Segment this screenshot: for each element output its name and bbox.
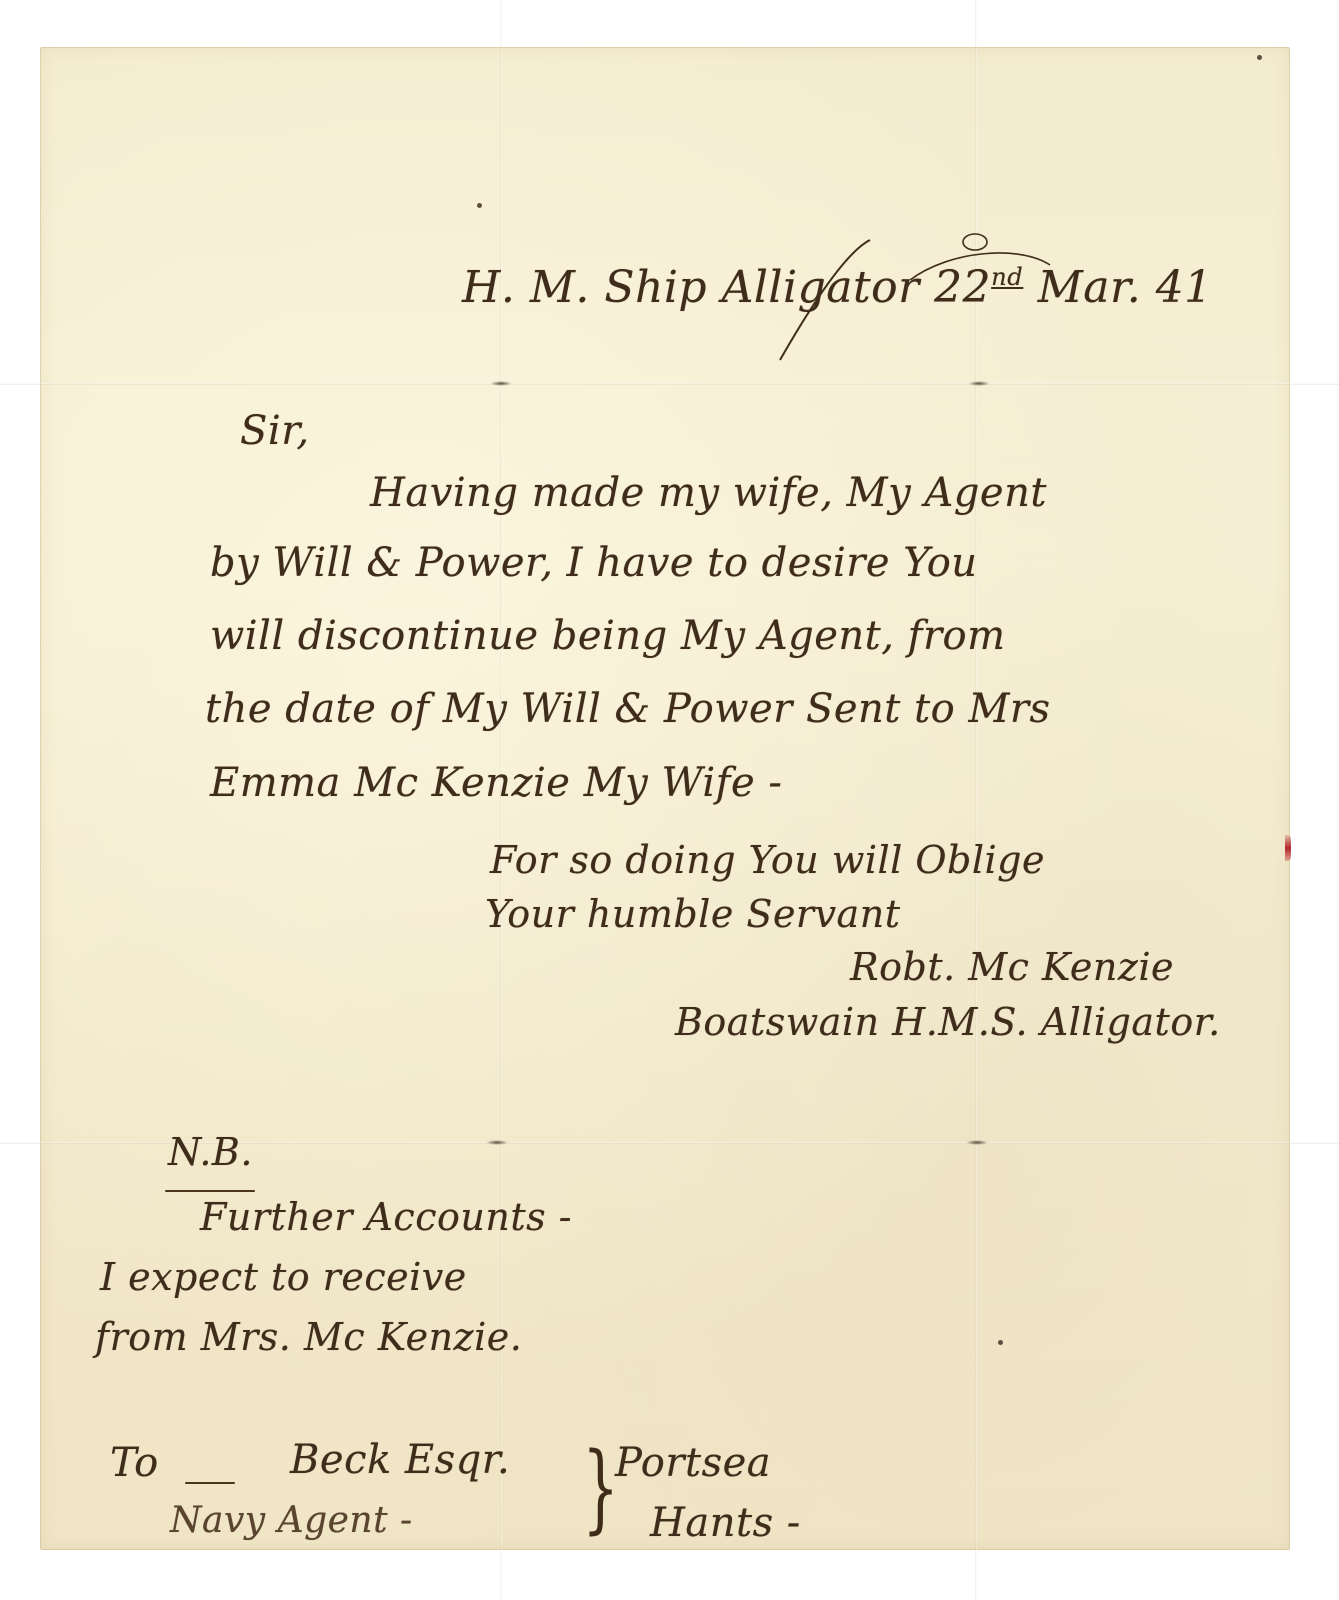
address-place-2: Hants -: [650, 1500, 801, 1546]
signature-title: Boatswain H.M.S. Alligator.: [675, 1000, 1221, 1044]
salutation: Sir,: [240, 408, 310, 454]
heading-day-suffix: nd: [991, 263, 1023, 291]
address-to: To: [110, 1440, 159, 1486]
postscript-label: N.B.: [168, 1130, 253, 1174]
address-recipient: Beck Esqr.: [290, 1437, 510, 1483]
address-brace: }: [582, 1440, 619, 1536]
body-line-5: Emma Mc Kenzie My Wife -: [210, 760, 782, 806]
body-line-4: the date of My Will & Power Sent to Mrs: [205, 686, 1051, 732]
heading-place: H. M. Ship Alligator: [462, 262, 920, 313]
wax-seal-trace: [1285, 835, 1291, 861]
crease-pinhole: [966, 1140, 988, 1145]
postscript-underline: [165, 1190, 255, 1192]
ink-speck: [998, 1340, 1003, 1345]
postscript-line-3: from Mrs. Mc Kenzie.: [95, 1315, 522, 1359]
address-place-1: Portsea: [615, 1440, 771, 1486]
crease-pinhole: [968, 381, 990, 386]
postscript-line-2: I expect to receive: [100, 1255, 467, 1299]
address-role: Navy Agent -: [170, 1500, 413, 1541]
address-dash: [185, 1482, 235, 1484]
heading-month-year: Mar. 41: [1038, 262, 1213, 313]
closing-line-1: For so doing You will Oblige: [490, 838, 1045, 882]
postscript-line-1: Further Accounts -: [200, 1195, 572, 1239]
crease-pinhole: [490, 381, 512, 386]
body-line-2: by Will & Power, I have to desire You: [210, 540, 978, 586]
body-line-1: Having made my wife, My Agent: [370, 470, 1047, 516]
letter-heading: H. M. Ship Alligator 22nd Mar. 41: [462, 262, 1213, 313]
heading-day: 22: [934, 262, 991, 313]
signature-name: Robt. Mc Kenzie: [850, 945, 1174, 989]
crease-pinhole: [486, 1140, 508, 1145]
ink-speck: [477, 203, 482, 208]
fold-crease-right: [975, 0, 977, 1600]
body-line-3: will discontinue being My Agent, from: [210, 613, 1006, 659]
closing-line-2: Your humble Servant: [485, 892, 900, 936]
fold-crease-top: [0, 383, 1339, 385]
ink-speck: [1257, 55, 1262, 60]
